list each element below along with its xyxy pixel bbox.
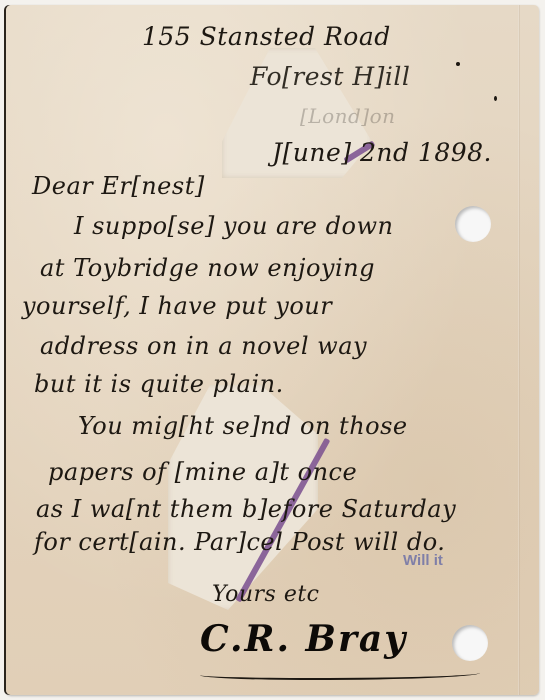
body-line: but it is quite plain.	[34, 370, 284, 398]
punch-hole-bottom	[452, 625, 488, 661]
salutation: Dear Er[nest]	[32, 172, 205, 200]
letter-date: J[une] 2nd 1898.	[272, 138, 492, 167]
body-line: I suppo[se] you are down	[74, 212, 393, 240]
address-line-1: 155 Stansted Road	[142, 22, 391, 51]
body-line: You mig[ht se]nd on those	[78, 412, 408, 440]
ink-spot	[456, 62, 460, 66]
body-line: papers of [mine a]t once	[48, 458, 357, 486]
punch-hole-top	[455, 206, 491, 242]
closing: Yours etc	[212, 582, 320, 607]
paper-fold	[518, 5, 520, 695]
body-line: yourself, I have put your	[22, 292, 332, 320]
ink-spot	[494, 96, 497, 101]
pencil-annotation: Will it	[403, 552, 443, 569]
body-line: as I wa[nt them b]efore Saturday	[36, 495, 456, 523]
body-line: for cert[ain. Par]cel Post will do.	[34, 528, 445, 556]
address-line-2: Fo[rest H]ill	[250, 62, 410, 91]
body-line: at Toybridge now enjoying	[40, 254, 375, 282]
signature: C.R. Bray	[200, 618, 407, 660]
body-line: address on in a novel way	[40, 332, 367, 360]
address-line-3: [Lond]on	[300, 104, 396, 128]
